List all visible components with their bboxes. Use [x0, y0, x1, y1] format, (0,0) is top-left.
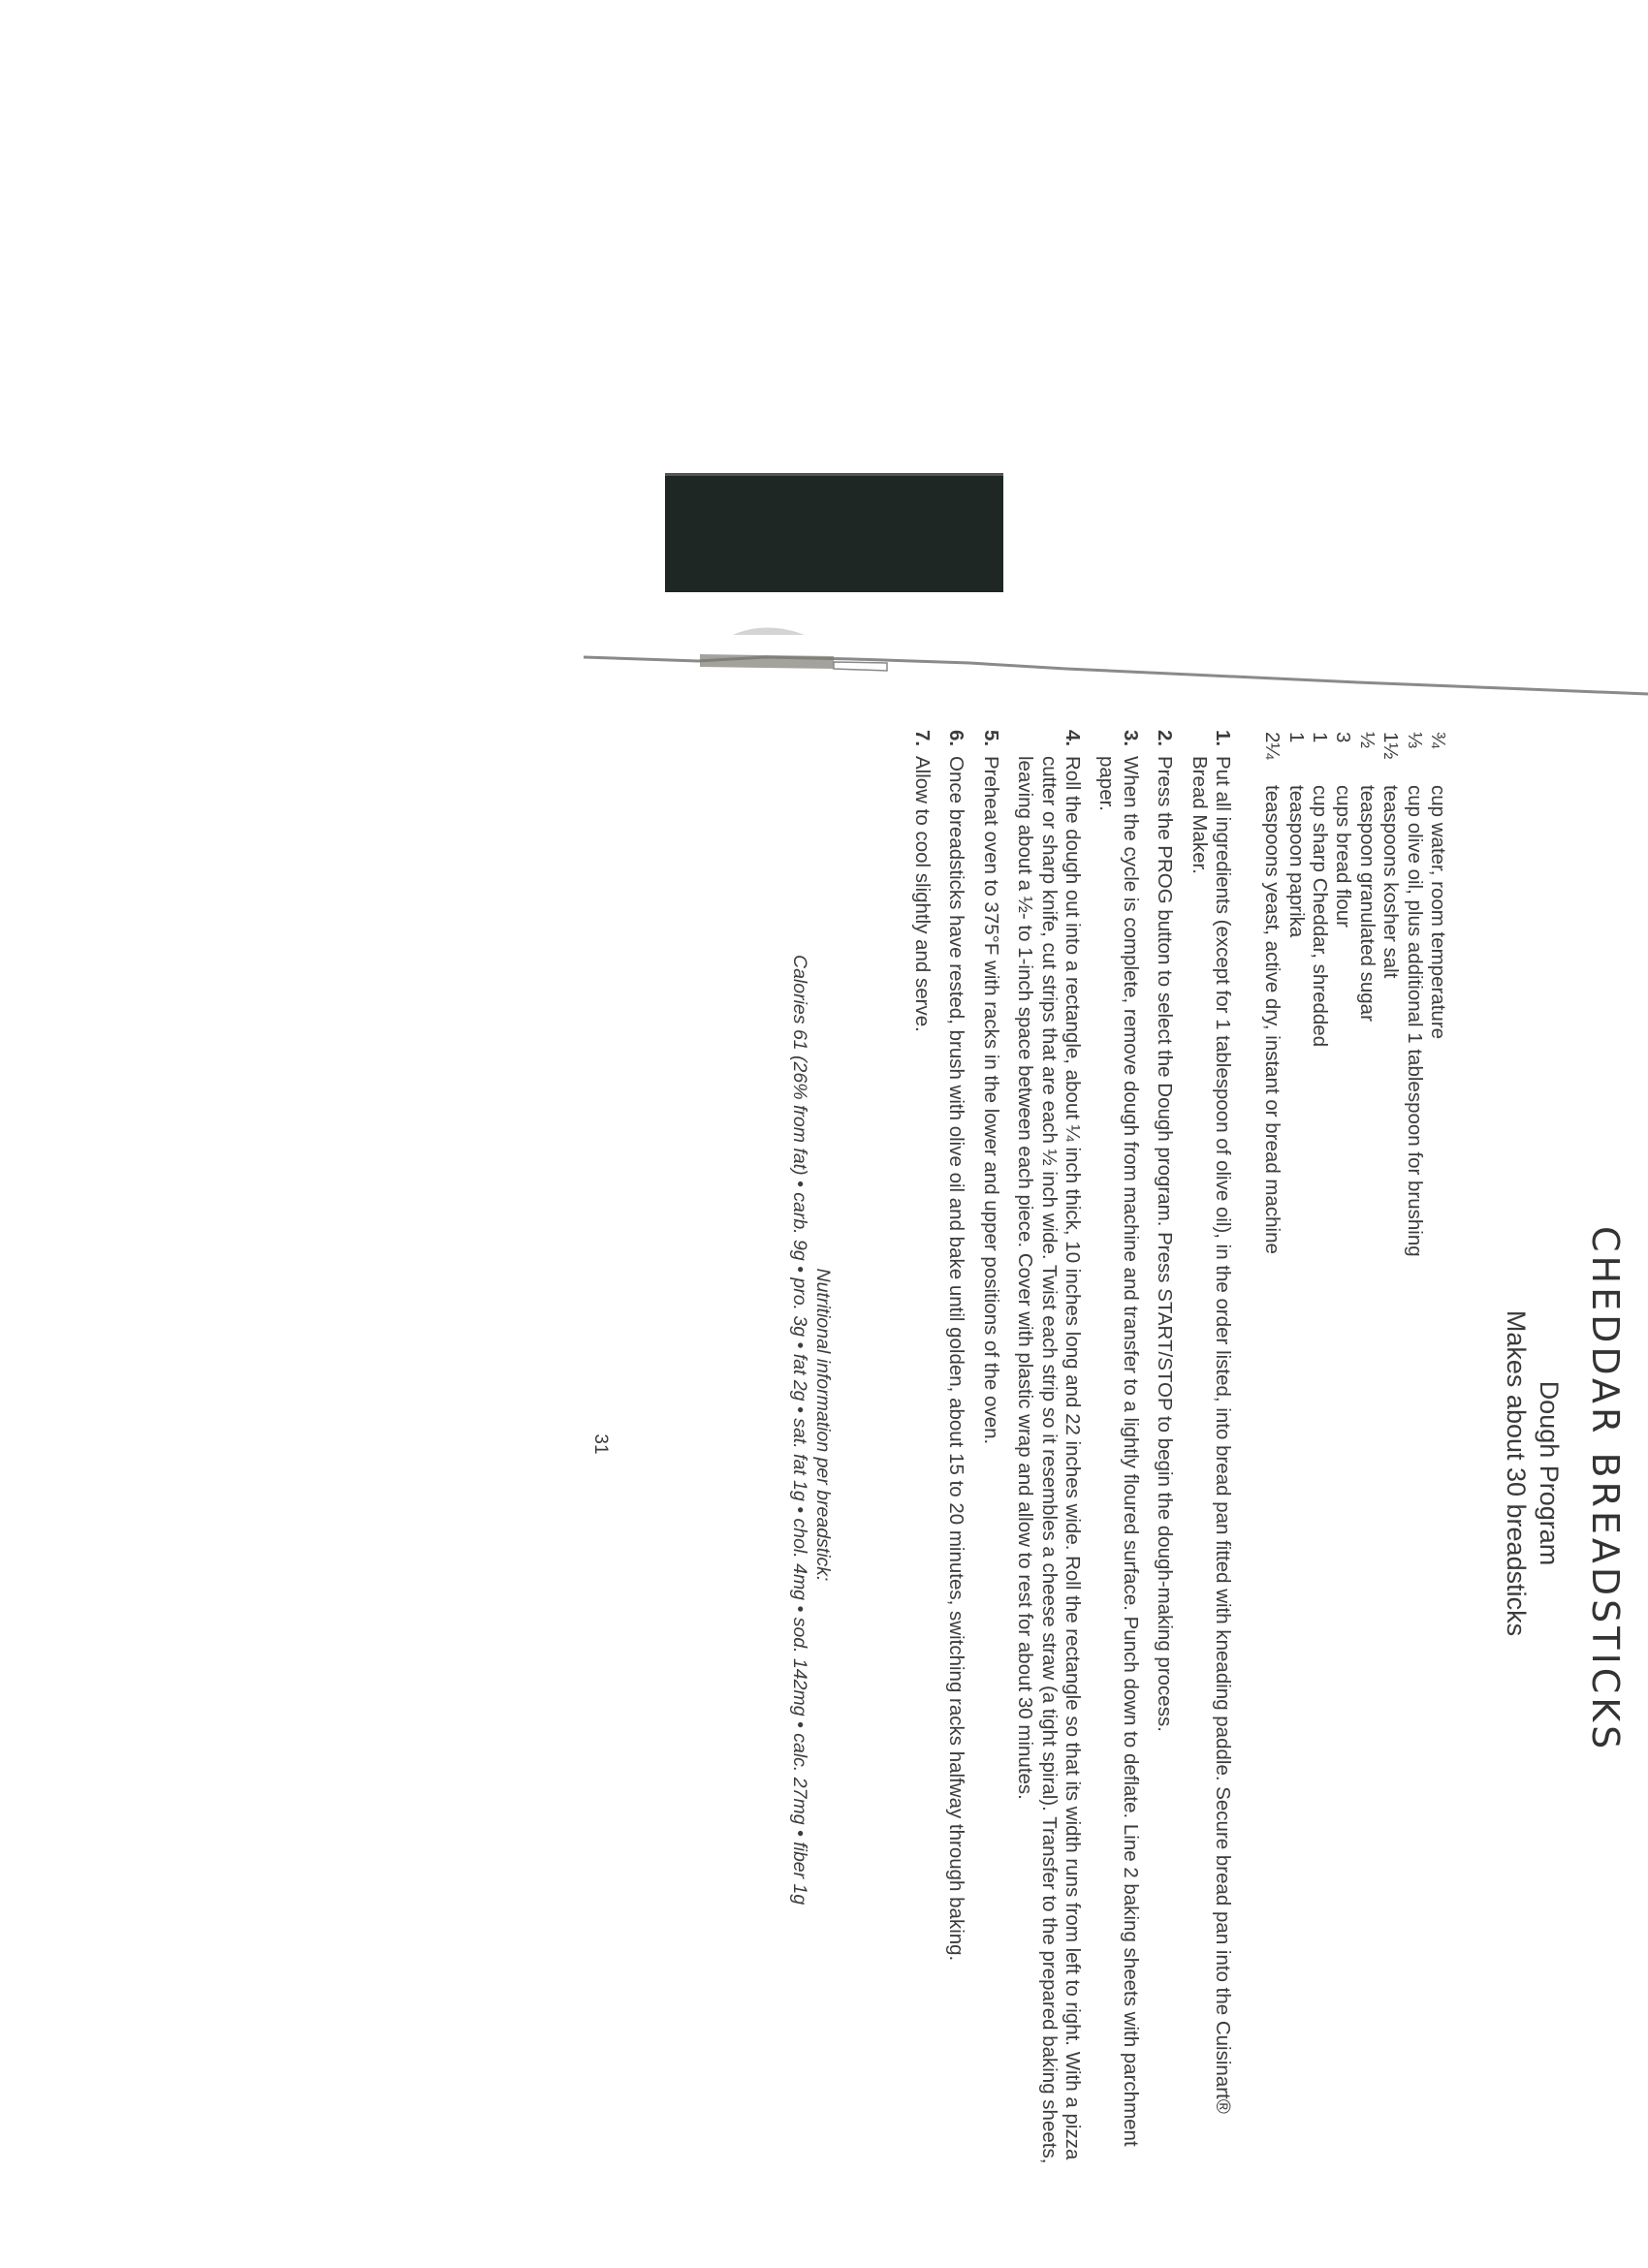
ingredient-amount: ½: [1354, 732, 1378, 785]
step-text: Once breadsticks have rested, brush with…: [944, 756, 967, 2164]
ingredient-item: teaspoons kosher salt: [1379, 785, 1402, 978]
nutrition-values: Calories 61 (26% from fat) • carb. 9g • …: [788, 955, 810, 1905]
step-text: Roll the dough out into a rectangle, abo…: [1013, 756, 1084, 2164]
ingredient-item: cup olive oil, plus additional 1 tablesp…: [1402, 785, 1425, 1257]
ingredient-amount: ¾: [1426, 732, 1449, 785]
ingredient-row: 1½ teaspoons kosher salt: [1379, 732, 1402, 1257]
ingredient-row: 2¼ teaspoons yeast, active dry, instant …: [1260, 732, 1284, 1257]
instruction-step: 4. Roll the dough out into a rectangle, …: [1013, 730, 1084, 2164]
ingredient-row: ½ teaspoon granulated sugar: [1354, 732, 1378, 1257]
nutrition-heading: Nutritional information per breadstick:: [811, 1221, 834, 1628]
ingredient-row: 1 cup sharp Cheddar, shredded: [1308, 732, 1331, 1257]
ingredient-item: cup water, room temperature: [1426, 785, 1449, 1039]
ingredient-row: 1 teaspoon paprika: [1284, 732, 1307, 1257]
step-number: 4.: [1013, 730, 1084, 756]
ingredient-item: teaspoon paprika: [1284, 785, 1307, 937]
ingredient-list: ¾ cup water, room temperature ⅓ cup oliv…: [1260, 732, 1449, 1257]
step-text: Press the PROG button to select the Doug…: [1153, 756, 1176, 2164]
instruction-list: 1. Put all ingredients (except for 1 tab…: [900, 730, 1234, 2164]
step-number: 7.: [910, 730, 934, 756]
recipe-page: CHEDDAR BREADSTICKS Dough Program Makes …: [0, 0, 1648, 2268]
ingredient-row: ⅓ cup olive oil, plus additional 1 table…: [1402, 732, 1425, 1257]
ingredient-item: teaspoon granulated sugar: [1354, 785, 1378, 1022]
ingredient-item: cup sharp Cheddar, shredded: [1308, 785, 1331, 1047]
step-number: 1.: [1187, 730, 1234, 756]
ingredient-amount: 1½: [1379, 732, 1402, 785]
step-number: 6.: [944, 730, 967, 756]
page-number: 31: [589, 1430, 611, 1459]
step-text: Put all ingredients (except for 1 tables…: [1187, 756, 1234, 2164]
ingredient-amount: ⅓: [1402, 732, 1425, 785]
instruction-step: 3. When the cycle is complete, remove do…: [1094, 730, 1142, 2164]
step-text: Allow to cool slightly and serve.: [910, 756, 934, 2164]
dark-scan-block: [665, 473, 1003, 592]
instruction-step: 5. Preheat oven to 375°F with racks in t…: [978, 730, 1001, 2164]
step-text: Preheat oven to 375°F with racks in the …: [978, 756, 1001, 2164]
ingredient-amount: 3: [1331, 732, 1354, 785]
recipe-title: CHEDDAR BREADSTICKS: [1584, 1226, 1627, 1740]
recipe-program: Dough Program: [1534, 1212, 1564, 1735]
step-number: 3.: [1094, 730, 1142, 756]
step-number: 2.: [1153, 730, 1176, 756]
instruction-step: 2. Press the PROG button to select the D…: [1153, 730, 1176, 2164]
ingredient-amount: 2¼: [1260, 732, 1284, 785]
ingredient-amount: 1: [1284, 732, 1307, 785]
ingredient-amount: 1: [1308, 732, 1331, 785]
ingredient-row: ¾ cup water, room temperature: [1426, 732, 1449, 1257]
step-text: When the cycle is complete, remove dough…: [1094, 756, 1142, 2164]
step-number: 5.: [978, 730, 1001, 756]
instruction-step: 7. Allow to cool slightly and serve.: [910, 730, 934, 2164]
instruction-step: 6. Once breadsticks have rested, brush w…: [944, 730, 967, 2164]
ingredient-item: teaspoons yeast, active dry, instant or …: [1260, 785, 1284, 1254]
instruction-step: 1. Put all ingredients (except for 1 tab…: [1187, 730, 1234, 2164]
ingredient-item: cups bread flour: [1331, 785, 1354, 928]
recipe-yield: Makes about 30 breadsticks: [1501, 1212, 1531, 1735]
ingredient-row: 3 cups bread flour: [1331, 732, 1354, 1257]
